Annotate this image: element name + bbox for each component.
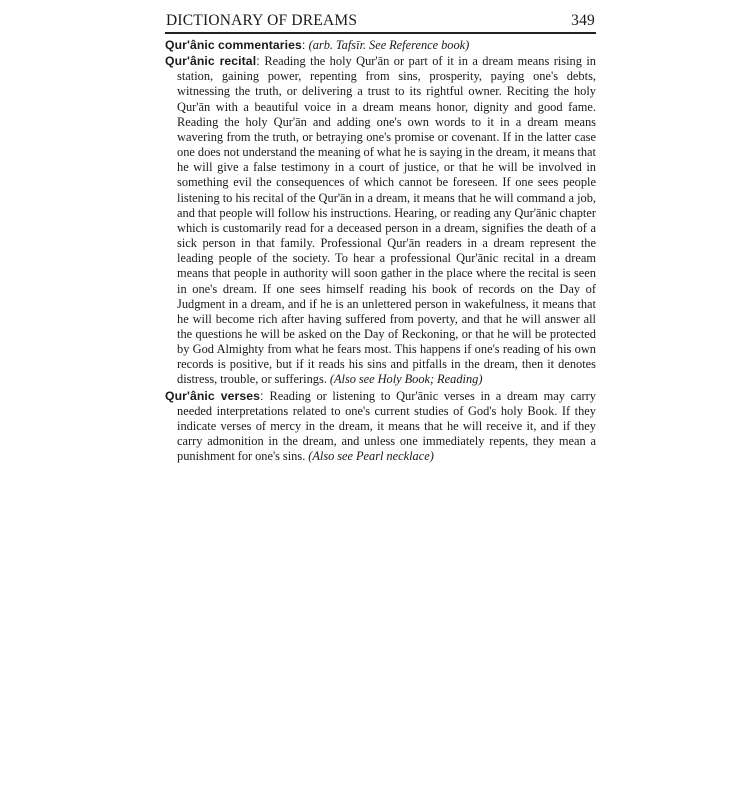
cross-reference: (arb. Tafsīr. See Reference book) bbox=[309, 38, 470, 52]
book-page: DICTIONARY OF DREAMS 349 Qur'ânic commen… bbox=[165, 12, 596, 465]
entry-term: Qur'ânic verses bbox=[165, 389, 260, 403]
entry-colon: : bbox=[302, 38, 309, 52]
entry-term: Qur'ânic commentaries bbox=[165, 38, 302, 52]
entry-colon: : bbox=[260, 389, 269, 403]
entry-quranic-verses: Qur'ânic verses: Reading or listening to… bbox=[165, 389, 596, 465]
dictionary-entries: Qur'ânic commentaries: (arb. Tafsīr. See… bbox=[165, 38, 596, 464]
entry-quranic-recital: Qur'ânic recital: Reading the holy Qur'ā… bbox=[165, 54, 596, 387]
entry-body: Reading the holy Qur'ān or part of it in… bbox=[177, 54, 596, 386]
entry-term: Qur'ânic recital bbox=[165, 54, 256, 68]
page-number: 349 bbox=[571, 12, 595, 30]
entry-quranic-commentaries: Qur'ânic commentaries: (arb. Tafsīr. See… bbox=[165, 38, 596, 53]
book-title: DICTIONARY OF DREAMS bbox=[166, 12, 357, 30]
running-header: DICTIONARY OF DREAMS 349 bbox=[165, 12, 596, 34]
cross-reference: (Also see Holy Book; Reading) bbox=[330, 372, 483, 386]
cross-reference: (Also see Pearl necklace) bbox=[308, 449, 434, 463]
